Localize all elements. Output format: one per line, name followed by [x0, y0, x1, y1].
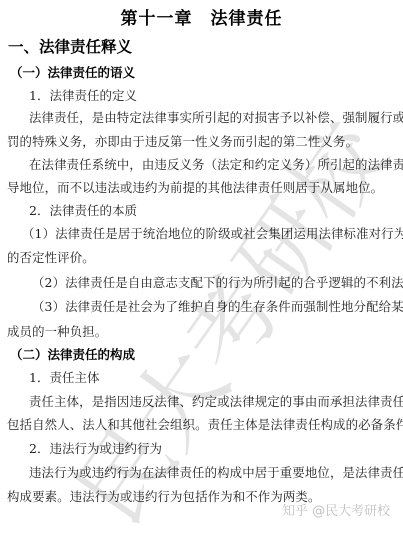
paragraph-line: （3）法律责任是社会为了维护自身的生存条件而强制性地分配给某些社会 — [32, 297, 403, 315]
chapter-number: 第十一章 — [121, 9, 193, 29]
paragraph-line: （2）法律责任是自由意志支配下的行为所引起的合乎逻辑的不利法律后果。 — [32, 273, 403, 291]
section-heading: 一、法律责任释义 — [8, 35, 132, 57]
paragraph-line: 导地位，而不以违法或违约为前提的其他法律责任则居于从属地位。 — [7, 178, 383, 196]
item-heading-definition: 1．法律责任的定义 — [29, 86, 137, 104]
paragraph-line: 成员的一种负担。 — [7, 322, 107, 340]
paragraph-line: （1）法律责任是居于统治地位的阶级或社会集团运用法律标准对行为给予 — [22, 224, 403, 242]
document-page: 民大考研校 第十一章法律责任 一、法律责任释义 （一）法律责任的语义 1．法律责… — [0, 0, 403, 542]
item-heading-act: 2．违法行为或违约行为 — [29, 439, 162, 457]
subsection-heading-semantics: （一）法律责任的语义 — [10, 63, 135, 81]
paragraph-line: 的否定性评价。 — [7, 248, 95, 266]
paragraph-line: 构成要素。违法行为或违约行为包括作为和不作为两类。 — [7, 487, 321, 505]
paragraph-line: 在法律责任系统中，由违反义务（法定和约定义务）所引起的法律责任居主 — [29, 155, 403, 173]
paragraph-line: 罚的特殊义务，亦即由于违反第一性义务而引起的第二性义务。 — [7, 132, 358, 150]
paragraph-line: 责任主体，是指因违反法律、约定或法律规定的事由而承担法律责任的人， — [29, 392, 403, 410]
zhihu-watermark: 知乎 @民大考研校 — [282, 500, 390, 519]
paragraph-line: 包括自然人、法人和其他社会组织。责任主体是法律责任构成的必备条件。 — [7, 415, 403, 433]
chapter-name: 法律责任 — [211, 9, 283, 29]
paragraph-line: 法律责任，是由特定法律事实所引起的对损害予以补偿、强制履行或接受惩 — [29, 108, 403, 126]
paragraph-line: 违法行为或违约行为在法律责任的构成中居于重要地位，是法律责任的核心 — [29, 463, 403, 481]
subsection-heading-composition: （二）法律责任的构成 — [10, 345, 135, 363]
item-heading-essence: 2．法律责任的本质 — [29, 201, 137, 219]
item-heading-subject: 1．责任主体 — [29, 368, 99, 386]
chapter-title: 第十一章法律责任 — [0, 4, 403, 29]
